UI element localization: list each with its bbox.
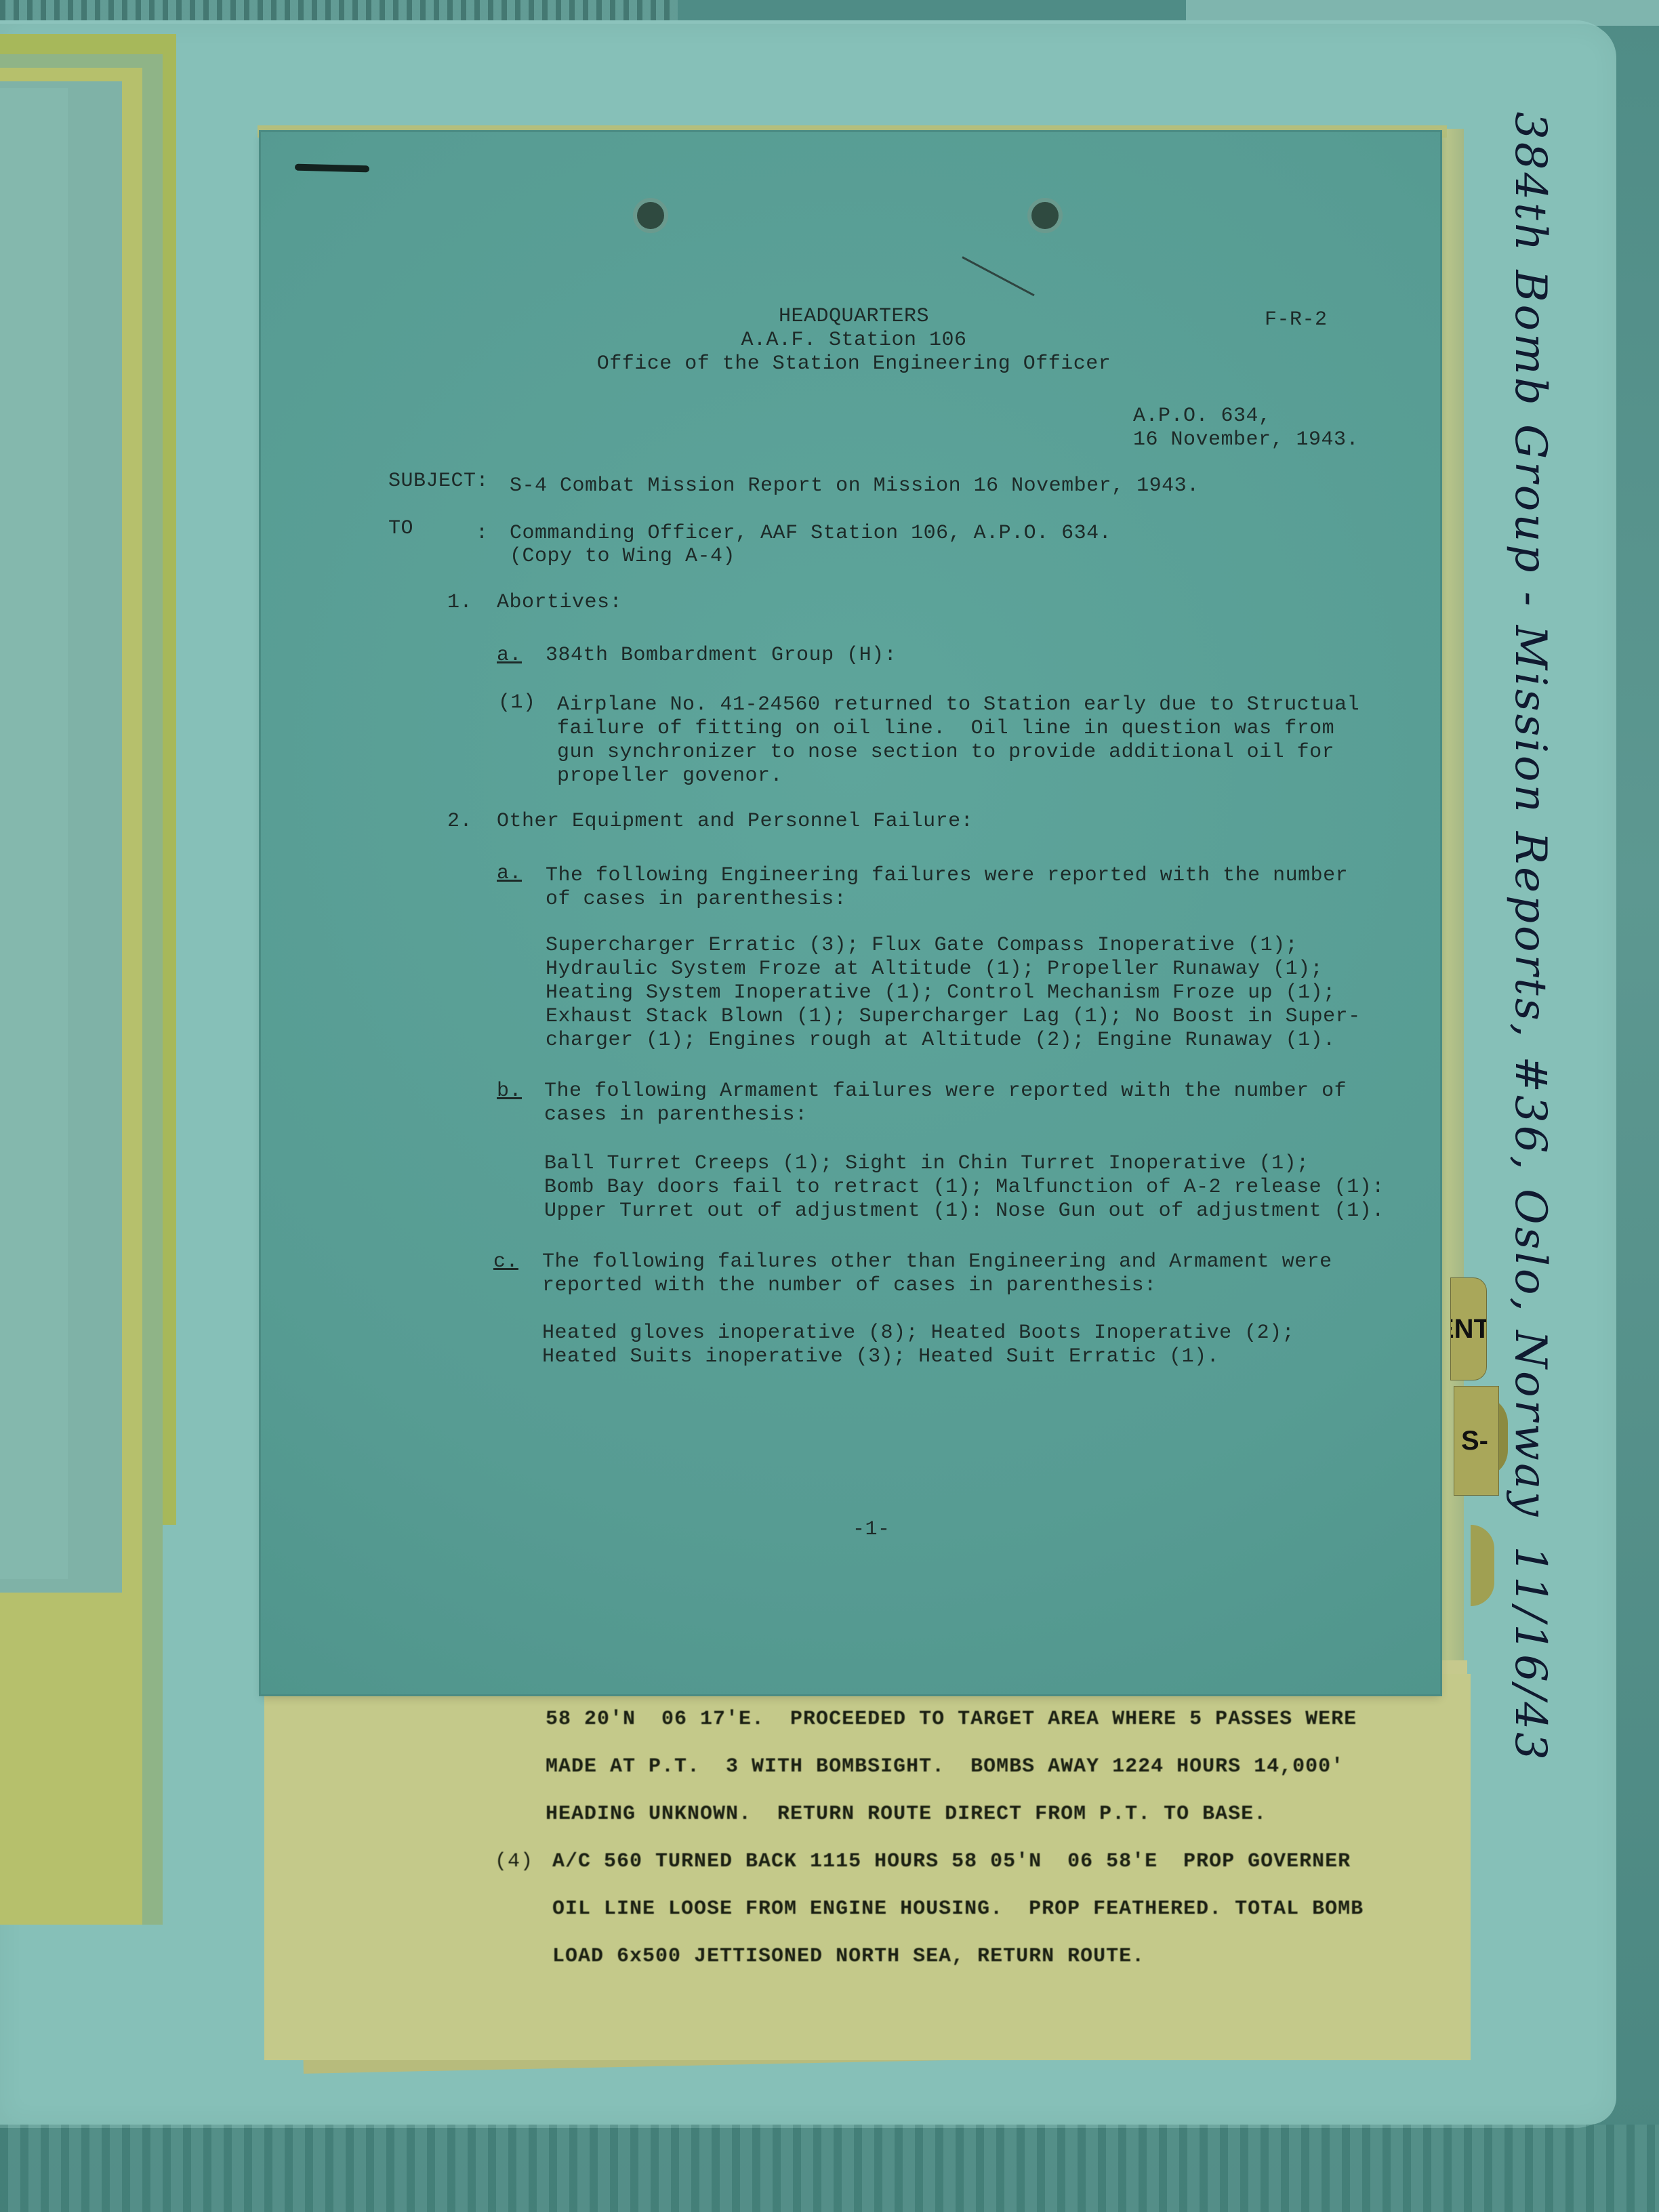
item-1-line: Airplane No. 41-24560 returned to Statio… [557,693,1359,716]
section-2c-intro: The following failures other than Engine… [542,1250,1332,1273]
item-1-line: propeller govenor. [557,764,783,787]
section-2a-intro: The following Engineering failures were … [546,864,1348,887]
underlying-item-number: (4) [495,1850,533,1873]
punch-hole [1031,202,1059,229]
stack-sheet [0,88,68,1579]
armament-failure-line: Ball Turret Creeps (1); Sight in Chin Tu… [544,1152,1309,1175]
item-1-line: gun synchronizer to nose section to prov… [557,741,1334,764]
engineering-failure-line: Hydraulic System Froze at Altitude (1); … [546,958,1323,981]
to-copy: (Copy to Wing A-4) [510,545,735,568]
section-1-title: Abortives: [497,591,622,614]
item-1-line: failure of fitting on oil line. Oil line… [557,717,1334,740]
engineering-failure-line: Supercharger Erratic (3); Flux Gate Comp… [546,934,1298,957]
section-2c-letter: c. [493,1250,518,1273]
underlying-line: 58 20'N 06 17'E. PROCEEDED TO TARGET ARE… [546,1708,1357,1731]
other-failure-line: Heated Suits inoperative (3); Heated Sui… [542,1345,1219,1368]
to-recipient: Commanding Officer, AAF Station 106, A.P… [510,522,1111,545]
armament-failure-line: Upper Turret out of adjustment (1): Nose… [544,1200,1385,1223]
table-texture-bottom [0,2125,1659,2212]
armament-failure-line: Bomb Bay doors fail to retract (1); Malf… [544,1176,1385,1199]
document-date: 16 November, 1943. [1133,428,1359,451]
header-line-2: A.A.F. Station 106 [583,329,1125,352]
section-2a-letter: a. [497,862,522,885]
section-2b-intro: cases in parenthesis: [544,1103,808,1126]
tab-label: S- [1461,1426,1488,1456]
divider-tab-ent[interactable]: ENT [1450,1277,1487,1380]
underlying-line: MADE AT P.T. 3 WITH BOMBSIGHT. BOMBS AWA… [546,1755,1344,1778]
underlying-line: OIL LINE LOOSE FROM ENGINE HOUSING. PROP… [552,1898,1364,1921]
engineering-failure-line: Exhaust Stack Blown (1); Supercharger La… [546,1005,1361,1028]
other-failure-line: Heated gloves inoperative (8); Heated Bo… [542,1322,1294,1345]
section-2a-intro: of cases in parenthesis: [546,888,846,911]
page-number: -1- [853,1518,890,1541]
adjacent-folder-stack [0,27,203,2101]
tab-label: ENT [1450,1314,1487,1345]
divider-tab-s[interactable]: S- [1454,1386,1499,1496]
underlying-line: A/C 560 TURNED BACK 1115 HOURS 58 05'N 0… [552,1850,1351,1873]
form-code: F-R-2 [1265,308,1328,331]
engineering-failure-line: charger (1); Engines rough at Altitude (… [546,1029,1336,1052]
subject-label: SUBJECT: [388,470,489,493]
underlying-line: LOAD 6x500 JETTISONED NORTH SEA, RETURN … [552,1945,1145,1968]
section-1a-title: 384th Bombardment Group (H): [546,644,897,667]
punch-hole [637,202,664,229]
header-line-1: HEADQUARTERS [583,305,1125,328]
to-colon: : [476,522,489,545]
folder-label-date: 11/16/43 [1505,1546,1555,1762]
folder-label-title: 384th Bomb Group - Mission Reports, #36,… [1505,112,1555,1519]
handwritten-folder-label: 384th Bomb Group - Mission Reports, #36,… [1505,112,1555,1790]
underlying-line: HEADING UNKNOWN. RETURN ROUTE DIRECT FRO… [546,1803,1267,1826]
engineering-failure-line: Heating System Inoperative (1); Control … [546,981,1336,1004]
section-2-number: 2. [447,810,472,833]
item-1-number: (1) [498,691,536,714]
section-2b-letter: b. [497,1080,522,1103]
subject-text: S-4 Combat Mission Report on Mission 16 … [510,474,1200,497]
apo-number: A.P.O. 634, [1133,405,1271,428]
section-2-title: Other Equipment and Personnel Failure: [497,810,973,833]
to-label: TO [388,517,413,540]
header-line-3: Office of the Station Engineering Office… [583,352,1125,375]
section-1-number: 1. [447,591,472,614]
section-1a-letter: a. [497,644,522,667]
divider-tab-round [1471,1525,1494,1606]
section-2b-intro: The following Armament failures were rep… [544,1080,1347,1103]
section-2c-intro: reported with the number of cases in par… [542,1274,1157,1297]
